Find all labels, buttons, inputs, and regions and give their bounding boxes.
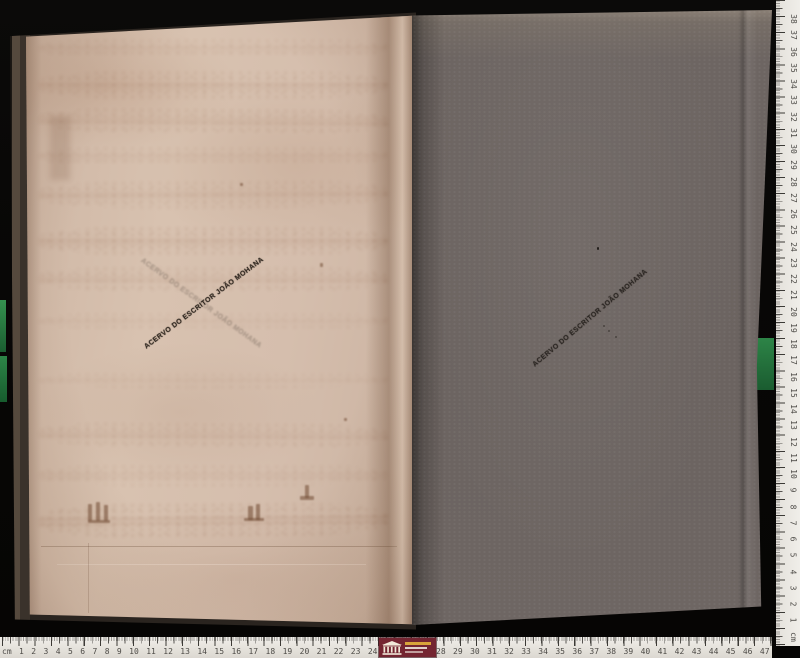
ruler-label: 45 bbox=[726, 646, 736, 658]
ruler-label: 19 bbox=[283, 646, 293, 658]
ruler-label: 7 bbox=[92, 646, 97, 658]
ruler-label: 3 bbox=[787, 585, 797, 590]
ruler-label: 43 bbox=[692, 646, 702, 658]
building-icon bbox=[382, 641, 402, 655]
ruler-label: 29 bbox=[453, 646, 463, 658]
ruler-label: 36 bbox=[572, 646, 582, 658]
cradle-green-left bbox=[0, 300, 6, 352]
ruler-label: 24 bbox=[368, 646, 378, 658]
ruler-label: 26 bbox=[787, 209, 797, 219]
ink-mark bbox=[88, 504, 92, 521]
ruler-label: 7 bbox=[787, 520, 797, 525]
ruler-label: 6 bbox=[787, 537, 797, 542]
ruler-label: 12 bbox=[163, 646, 173, 658]
ruler-label: 42 bbox=[675, 646, 685, 658]
page-crease bbox=[57, 564, 366, 565]
ruler-label: 11 bbox=[787, 453, 797, 463]
ruler-label: 40 bbox=[641, 646, 651, 658]
ruler-label: 30 bbox=[787, 144, 797, 154]
ruler-label: 1 bbox=[787, 618, 797, 623]
ink-mark bbox=[88, 520, 110, 523]
music-bleedthrough bbox=[38, 464, 388, 486]
ruler-label: 2 bbox=[787, 602, 797, 607]
ruler-label: 34 bbox=[538, 646, 548, 658]
ruler-label: cm bbox=[2, 646, 12, 658]
ruler-label: 18 bbox=[266, 646, 276, 658]
ink-mark bbox=[240, 183, 243, 186]
ruler-label: 5 bbox=[68, 646, 73, 658]
ruler-labels: 3837363534333231302928272625242322212019… bbox=[785, 0, 800, 646]
ruler-label: 21 bbox=[787, 290, 797, 300]
ink-mark bbox=[104, 505, 108, 521]
left-page: ACERVO DO ESCRITOR JOÃO MOHANA ACERVO DO… bbox=[26, 12, 412, 628]
ruler-label: 25 bbox=[787, 225, 797, 235]
ruler-label: 4 bbox=[56, 646, 61, 658]
page-speck bbox=[597, 247, 599, 250]
ruler-label: 2 bbox=[31, 646, 36, 658]
ruler-label: 31 bbox=[487, 646, 497, 658]
ruler-label: 8 bbox=[105, 646, 110, 658]
ruler-label: 32 bbox=[787, 112, 797, 122]
ruler-label: 1 bbox=[19, 646, 24, 658]
ruler-label: 36 bbox=[787, 47, 797, 57]
ruler-label: 34 bbox=[787, 79, 797, 89]
ruler-label: 33 bbox=[787, 95, 797, 105]
ruler-label: 22 bbox=[787, 274, 797, 284]
ruler-label: 37 bbox=[589, 646, 599, 658]
archive-logo bbox=[379, 638, 436, 657]
ruler-label: 41 bbox=[658, 646, 668, 658]
ruler-label: 35 bbox=[555, 646, 565, 658]
ruler-label: 23 bbox=[787, 258, 797, 268]
ruler-label: cm bbox=[787, 632, 797, 642]
music-bleedthrough bbox=[38, 70, 388, 100]
ruler-label: 4 bbox=[787, 569, 797, 574]
ruler-label: 35 bbox=[787, 63, 797, 73]
bottom-ruler: cm12345678910111213141516171819202122232… bbox=[0, 637, 772, 658]
ruler-label: 32 bbox=[504, 646, 514, 658]
ruler-label: 15 bbox=[214, 646, 224, 658]
ruler-label: 3 bbox=[44, 646, 49, 658]
scan-background: ACERVO DO ESCRITOR JOÃO MOHANA ACERVO DO… bbox=[0, 0, 800, 658]
ruler-label: 24 bbox=[787, 242, 797, 252]
page-speck bbox=[603, 325, 605, 327]
ruler-label: 44 bbox=[709, 646, 719, 658]
music-bleedthrough bbox=[38, 421, 388, 449]
music-bleedthrough bbox=[38, 38, 388, 58]
ink-mark bbox=[344, 418, 347, 421]
ruler-label: 17 bbox=[248, 646, 258, 658]
ruler-label: 17 bbox=[787, 355, 797, 365]
music-bleedthrough bbox=[38, 107, 388, 135]
ruler-label: 46 bbox=[743, 646, 753, 658]
ruler-label: 15 bbox=[787, 388, 797, 398]
ruler-label: 30 bbox=[470, 646, 480, 658]
ruler-label: 10 bbox=[129, 646, 139, 658]
ruler-label: 27 bbox=[787, 193, 797, 203]
ruler-label: 5 bbox=[787, 553, 797, 558]
ruler-label: 13 bbox=[180, 646, 190, 658]
ink-mark bbox=[50, 116, 70, 180]
music-bleedthrough bbox=[38, 146, 388, 166]
ruler-label: 9 bbox=[787, 488, 797, 493]
ruler-label: 37 bbox=[787, 30, 797, 40]
ruler-label: 9 bbox=[117, 646, 122, 658]
ruler-label: 33 bbox=[521, 646, 531, 658]
ruler-label: 23 bbox=[351, 646, 361, 658]
ruler-label: 20 bbox=[787, 307, 797, 317]
ruler-label: 38 bbox=[606, 646, 616, 658]
ruler-label: 20 bbox=[300, 646, 310, 658]
page-speck bbox=[608, 330, 610, 332]
ruler-label: 10 bbox=[787, 469, 797, 479]
ruler-label: 8 bbox=[787, 504, 797, 509]
ruler-label: 29 bbox=[787, 160, 797, 170]
ruler-label: 13 bbox=[787, 420, 797, 430]
ruler-label: 38 bbox=[787, 14, 797, 24]
ruler-label: 12 bbox=[787, 437, 797, 447]
ruler-label: 31 bbox=[787, 128, 797, 138]
stamp-right: ACERVO DO ESCRITOR JOÃO MOHANA bbox=[506, 238, 675, 399]
ruler-label: 16 bbox=[787, 372, 797, 382]
music-bleedthrough bbox=[38, 179, 388, 209]
ruler-label: 14 bbox=[787, 404, 797, 414]
ink-mark bbox=[96, 502, 100, 521]
ink-mark bbox=[305, 485, 309, 498]
ruler-label: 18 bbox=[787, 339, 797, 349]
ruler-label: 22 bbox=[334, 646, 344, 658]
ruler-label: 19 bbox=[787, 323, 797, 333]
ruler-label: 28 bbox=[436, 646, 446, 658]
page-crease bbox=[41, 546, 396, 547]
ruler-label: 6 bbox=[80, 646, 85, 658]
ink-mark bbox=[244, 518, 264, 521]
ruler-label: 39 bbox=[624, 646, 634, 658]
ruler-label: 21 bbox=[317, 646, 327, 658]
ruler-label: 28 bbox=[787, 177, 797, 187]
logo-text-lines bbox=[405, 642, 431, 653]
ruler-label: 16 bbox=[231, 646, 241, 658]
cradle-green-left bbox=[0, 356, 7, 402]
ruler-label: 14 bbox=[197, 646, 207, 658]
right-ruler: 3837363534333231302928272625242322212019… bbox=[776, 0, 800, 646]
page-crease bbox=[88, 543, 89, 613]
ruler-label: 11 bbox=[146, 646, 156, 658]
ruler-label: 47 bbox=[760, 646, 770, 658]
page-speck bbox=[615, 336, 617, 338]
ink-mark bbox=[320, 263, 323, 267]
right-page: ACERVO DO ESCRITOR JOÃO MOHANA bbox=[412, 10, 772, 625]
music-bleedthrough bbox=[38, 372, 388, 388]
